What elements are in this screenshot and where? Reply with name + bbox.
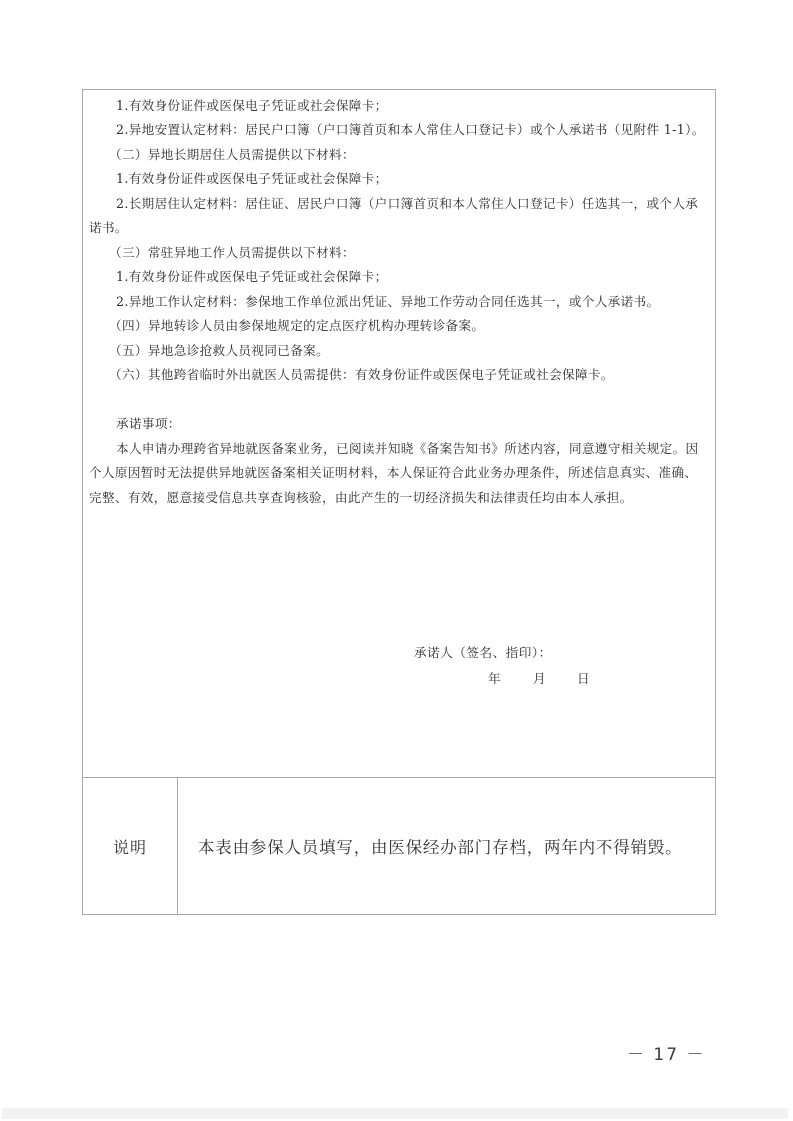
material-line: 1.有效身份证件或医保电子凭证或社会保障卡；: [116, 171, 388, 187]
note-row: 说明 本表由参保人员填写，由医保经办部门存档，两年内不得销毁。: [83, 778, 715, 914]
date-year-label: 年: [488, 668, 501, 687]
material-line: 1.有效身份证件或医保电子凭证或社会保障卡；: [116, 98, 388, 114]
date-day-label: 日: [577, 668, 590, 687]
document-page: 1.有效身份证件或医保电子凭证或社会保障卡； 2.异地安置认定材料：居民户口簿（…: [0, 0, 793, 1121]
commitment-line: 个人原因暂时无法提供异地就医备案相关证明材料，本人保证符合此业务办理条件，所述信…: [89, 465, 697, 481]
date-month-label: 月: [533, 668, 546, 687]
form-table: 1.有效身份证件或医保电子凭证或社会保障卡； 2.异地安置认定材料：居民户口簿（…: [82, 89, 716, 915]
section-heading-5: （五）异地急诊抢救人员视同已备案。: [109, 343, 329, 359]
section-heading-6: （六）其他跨省临时外出就医人员需提供：有效身份证件或医保电子凭证或社会保障卡。: [109, 367, 614, 383]
section-heading-2: （二）异地长期居住人员需提供以下材料：: [109, 147, 355, 163]
section-heading-3: （三）常驻异地工作人员需提供以下材料：: [109, 245, 355, 261]
signature-label: 承诺人（签名、指印）：: [414, 642, 552, 661]
material-line: 2.异地工作认定材料：参保地工作单位派出凭证、异地工作劳动合同任选其一，或个人承…: [116, 294, 659, 310]
note-text: 本表由参保人员填写，由医保经办部门存档，两年内不得销毁。: [178, 778, 715, 914]
page-bottom-edge: [2, 1108, 788, 1119]
material-line: 2.异地安置认定材料：居民户口簿（户口簿首页和本人常住人口登记卡）或个人承诺书（…: [116, 122, 705, 138]
materials-and-commitment-cell: 1.有效身份证件或医保电子凭证或社会保障卡； 2.异地安置认定材料：居民户口簿（…: [83, 90, 715, 778]
commitment-heading: 承诺事项：: [116, 416, 181, 432]
section-heading-4: （四）异地转诊人员由参保地规定的定点医疗机构办理转诊备案。: [109, 318, 484, 334]
note-label: 说明: [83, 778, 178, 914]
page-number: － 17 －: [627, 1040, 705, 1065]
material-line-continuation: 诺书。: [89, 220, 128, 236]
commitment-line: 本人申请办理跨省异地就医备案业务，已阅读并知晓《备案告知书》所述内容，同意遵守相…: [116, 441, 698, 457]
material-line: 2.长期居住认定材料：居住证、居民户口簿（户口簿首页和本人常住人口登记卡）任选其…: [116, 196, 698, 212]
material-line: 1.有效身份证件或医保电子凭证或社会保障卡；: [116, 269, 388, 285]
commitment-line: 完整、有效，愿意接受信息共享查询核验，由此产生的一切经济损失和法律责任均由本人承…: [89, 490, 633, 506]
